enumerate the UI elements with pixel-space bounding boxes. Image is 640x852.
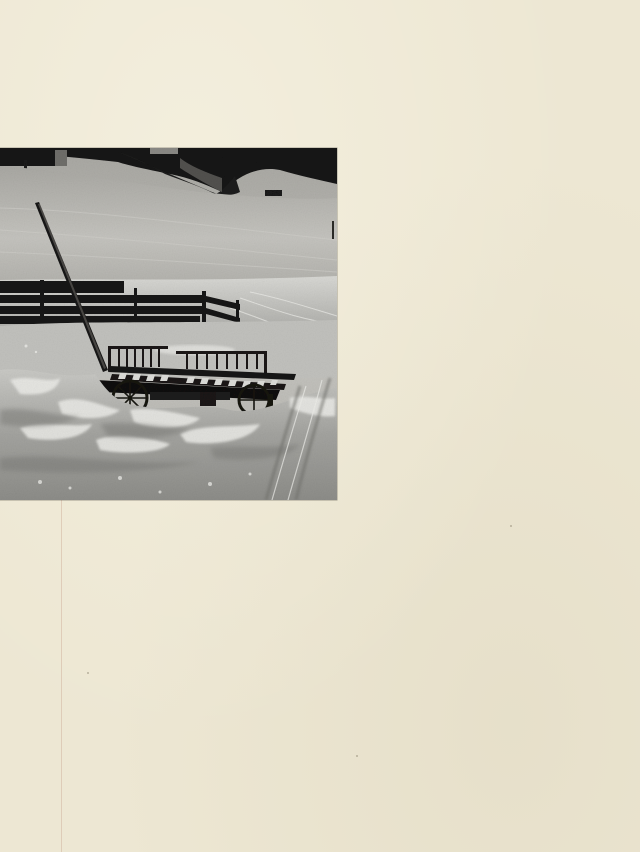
paper-speck (510, 525, 512, 527)
paper-speck (356, 755, 358, 757)
paper-speck (87, 672, 89, 674)
album-page (0, 0, 640, 852)
photograph (0, 148, 337, 500)
paper-crease-line (61, 500, 62, 852)
photo-scene (0, 148, 337, 500)
